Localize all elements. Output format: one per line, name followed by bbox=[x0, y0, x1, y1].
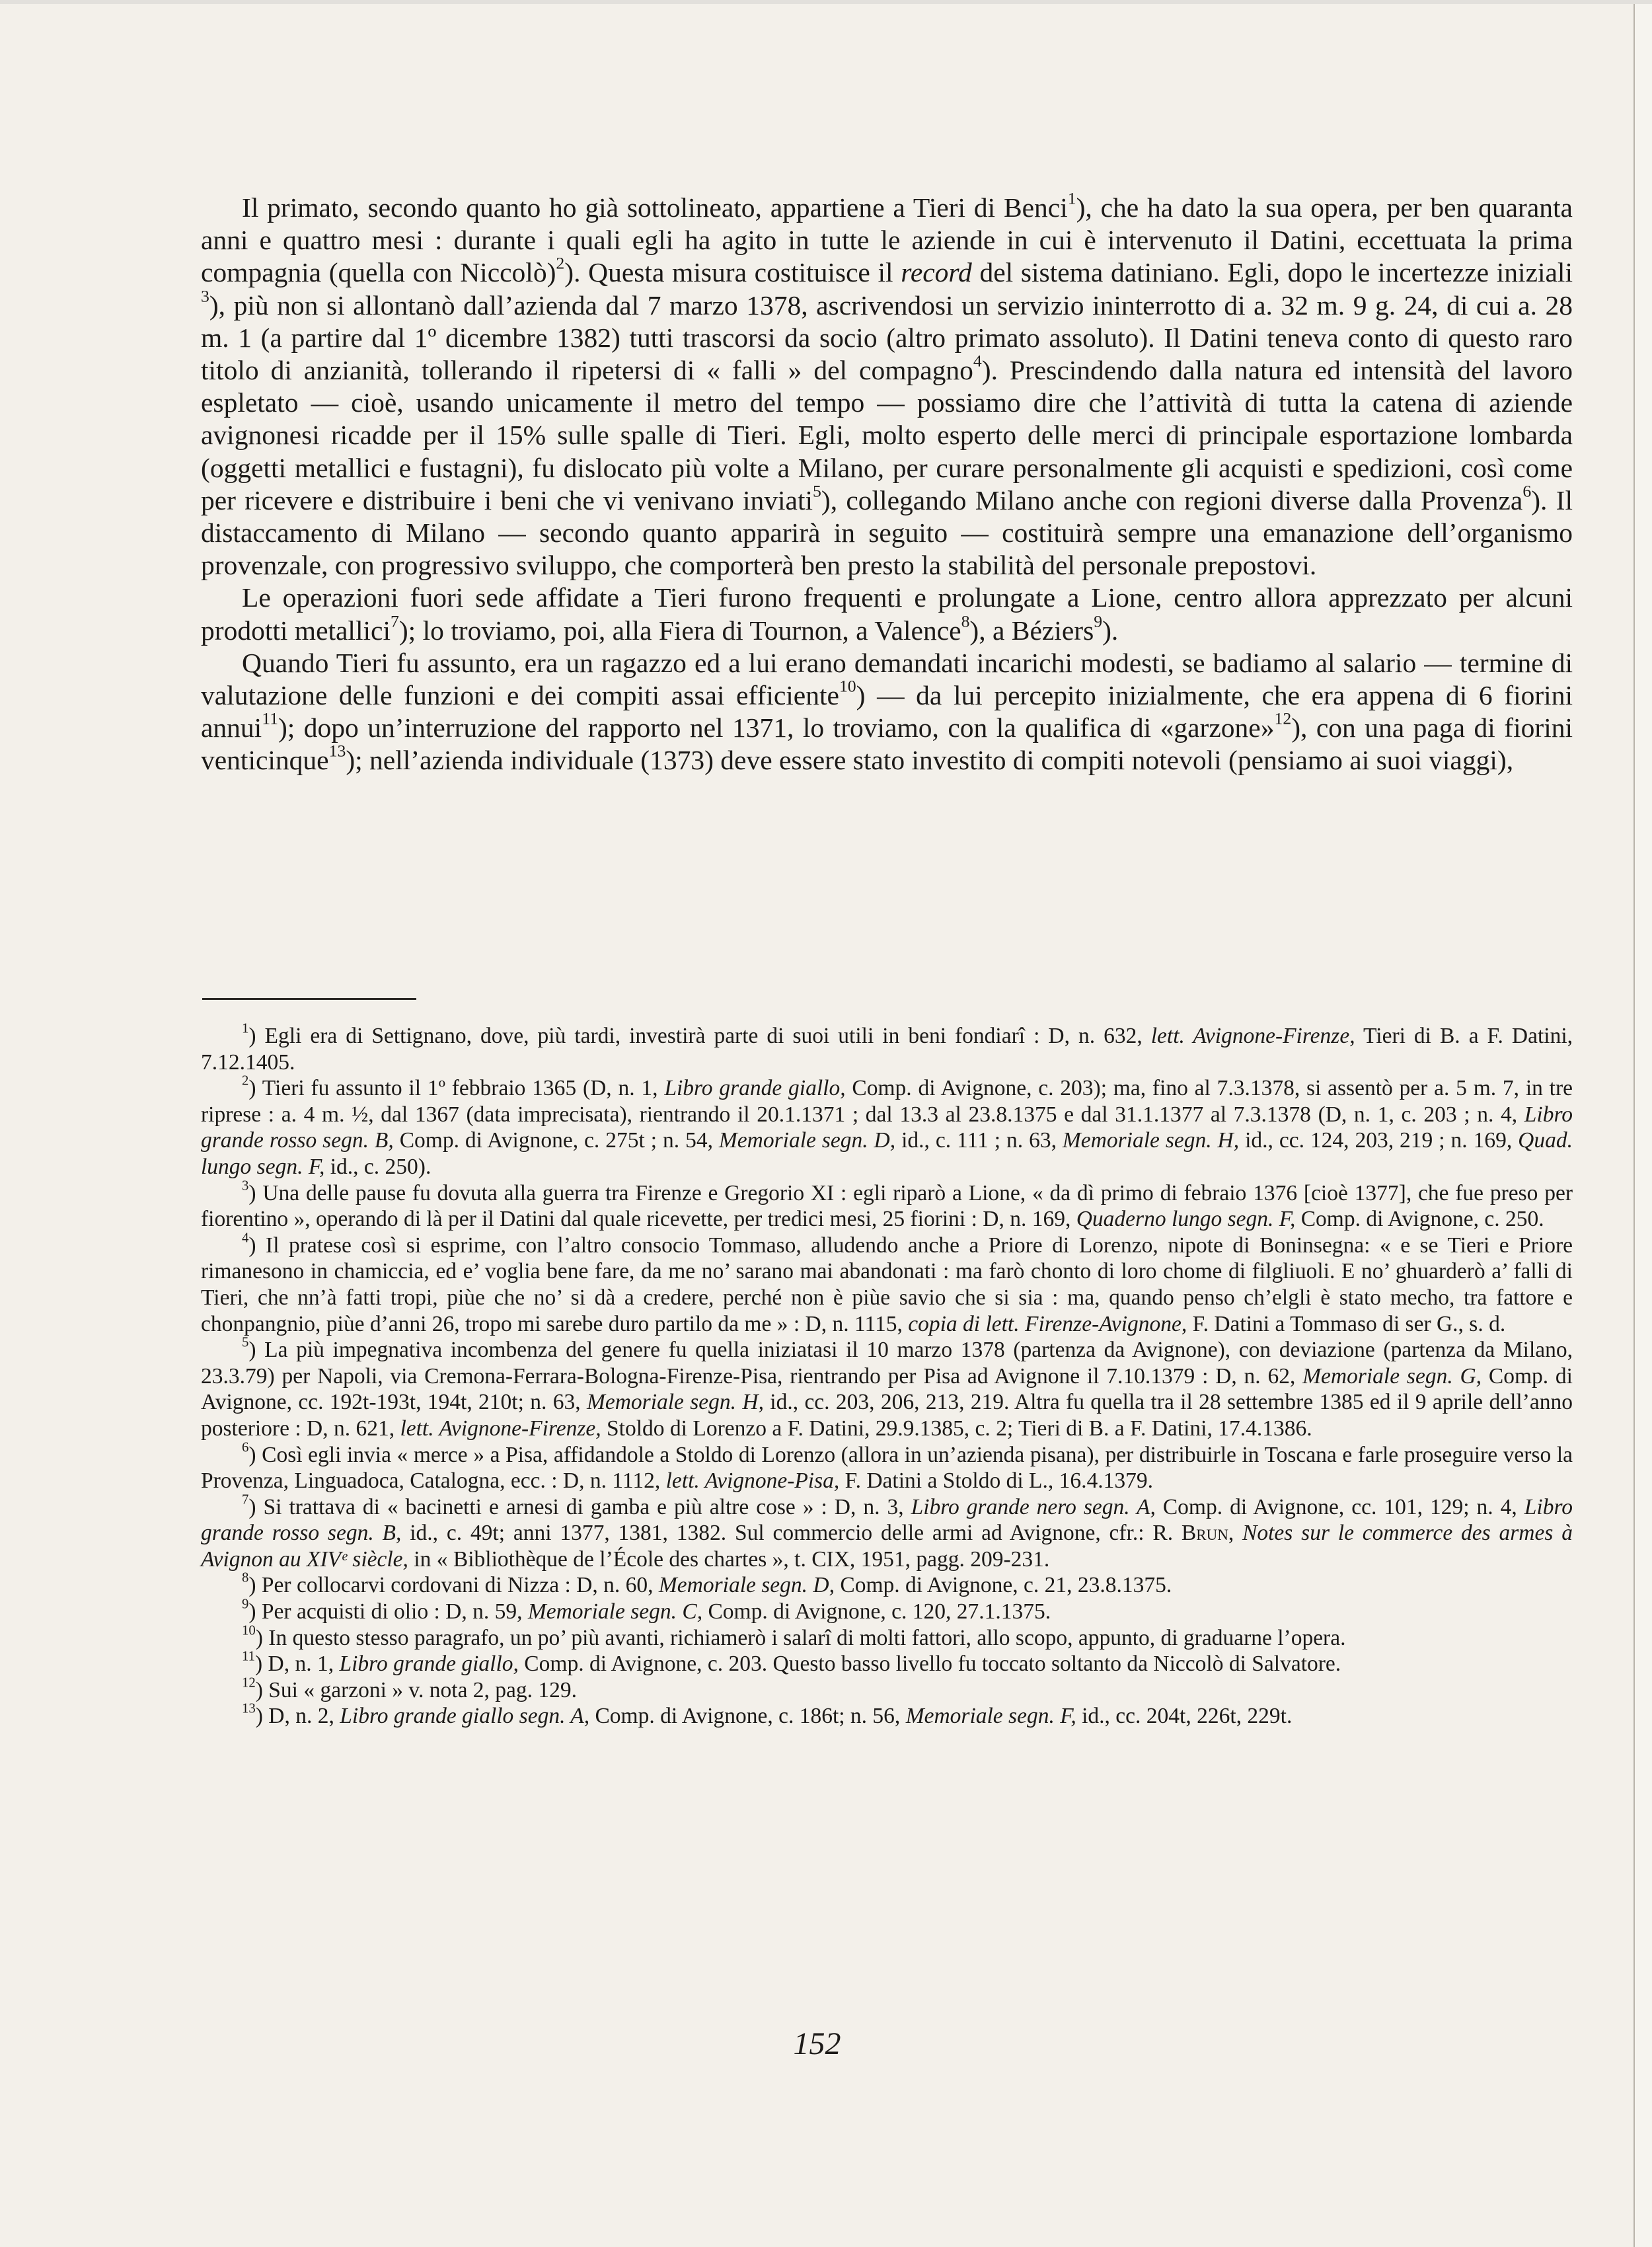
footnote-5: 5) La più impegnativa incombenza del gen… bbox=[201, 1337, 1573, 1441]
footnote-ref[interactable]: 2 bbox=[556, 254, 564, 273]
text-run: F. Datini a Tommaso di ser G., s. d. bbox=[1187, 1312, 1505, 1336]
text-run: Il primato, secondo quanto ho già sottol… bbox=[242, 192, 1068, 223]
footnote-6: 6) Così egli invia « merce » a Pisa, aff… bbox=[201, 1442, 1573, 1494]
footnotes: 1) Egli era di Settignano, dove, più tar… bbox=[201, 1018, 1573, 1730]
italic-citation: Memoriale segn. D, bbox=[719, 1128, 895, 1153]
footnote-3: 3) Una delle pause fu dovuta alla guerra… bbox=[201, 1180, 1573, 1233]
text-run: Comp. di Avignone, c. 21, 23.8.1375. bbox=[835, 1573, 1172, 1597]
footnote-ref[interactable]: 10 bbox=[839, 677, 856, 696]
paragraph-3: Quando Tieri fu assunto, era un ragazzo … bbox=[201, 647, 1573, 777]
italic-citation: Memoriale segn. D, bbox=[659, 1573, 835, 1597]
text-run: Comp. di Avignone, c. 275t ; n. 54, bbox=[394, 1128, 719, 1153]
footnote-number: 8 bbox=[242, 1570, 248, 1585]
text-run: ); lo troviamo, poi, alla Fiera di Tourn… bbox=[399, 615, 961, 646]
text-run: ) Per acquisti di olio : D, n. 59, bbox=[248, 1599, 527, 1624]
text-run: id., cc. 204t, 226t, 229t. bbox=[1076, 1704, 1293, 1728]
text-run: F. Datini a Stoldo di L., 16.4.1379. bbox=[839, 1468, 1153, 1493]
italic-citation: lett. Avignone-Firenze, bbox=[400, 1416, 601, 1441]
italic-citation: Libro grande giallo, bbox=[664, 1076, 845, 1100]
footnote-9: 9) Per acquisti di olio : D, n. 59, Memo… bbox=[201, 1599, 1573, 1625]
text-run: ), a Béziers bbox=[969, 615, 1094, 646]
footnote-ref[interactable]: 11 bbox=[262, 709, 278, 728]
footnote-13: 13) D, n. 2, Libro grande giallo segn. A… bbox=[201, 1703, 1573, 1730]
text-run: Comp. di Avignone, c. 120, 27.1.1375. bbox=[702, 1599, 1051, 1624]
italic-citation: Memoriale segn. F, bbox=[906, 1704, 1076, 1728]
italic-citation: Memoriale segn. H, bbox=[1063, 1128, 1239, 1153]
text-run: ) Per collocarvi cordovani di Nizza : D,… bbox=[248, 1573, 659, 1597]
text-run: ); dopo un’interruzione del rapporto nel… bbox=[278, 712, 1275, 743]
author-name: Brun bbox=[1182, 1521, 1228, 1545]
italic-citation: Libro grande giallo, bbox=[339, 1652, 518, 1676]
footnote-number: 13 bbox=[242, 1701, 256, 1716]
footnote-ref[interactable]: 7 bbox=[391, 611, 399, 630]
text-run: ) In questo stesso paragrafo, un po’ più… bbox=[256, 1626, 1346, 1650]
footnote-4: 4) Il pratese così si esprime, con l’alt… bbox=[201, 1233, 1573, 1337]
paragraph-1: Il primato, secondo quanto ho già sottol… bbox=[201, 192, 1573, 582]
footnote-number: 3 bbox=[242, 1178, 248, 1193]
footnote-ref[interactable]: 8 bbox=[961, 611, 970, 630]
italic-citation: lett. Avignone-Pisa, bbox=[666, 1468, 840, 1493]
text-run: ) Si trattava di « bacinetti e arnesi di… bbox=[248, 1495, 911, 1519]
italic-citation: Libro grande giallo segn. A, bbox=[340, 1704, 589, 1728]
text-run: ) Sui « garzoni » v. nota 2, pag. 129. bbox=[256, 1678, 577, 1702]
footnote-12: 12) Sui « garzoni » v. nota 2, pag. 129. bbox=[201, 1677, 1573, 1704]
page-number: 152 bbox=[0, 2026, 1634, 2062]
footnote-ref[interactable]: 1 bbox=[1068, 189, 1076, 208]
text-run: ) D, n. 2, bbox=[256, 1704, 340, 1728]
footnote-ref[interactable]: 13 bbox=[329, 742, 346, 761]
italic-citation: Quaderno lungo segn. F, bbox=[1076, 1207, 1296, 1231]
italic-citation: Memoriale segn. G, bbox=[1302, 1364, 1482, 1389]
text-run: in « Bibliothèque de l’École des chartes… bbox=[408, 1547, 1049, 1572]
text-run: Comp. di Avignone, c. 186t; n. 56, bbox=[589, 1704, 906, 1728]
italic-citation: copia di lett. Firenze-Avignone, bbox=[908, 1312, 1187, 1336]
footnote-number: 5 bbox=[242, 1335, 248, 1350]
italic-term: record bbox=[901, 257, 972, 287]
footnote-separator bbox=[202, 998, 416, 1000]
footnote-ref[interactable]: 9 bbox=[1094, 611, 1102, 630]
footnote-number: 10 bbox=[242, 1622, 256, 1638]
text-run: Comp. di Avignone, c. 250. bbox=[1295, 1207, 1544, 1231]
text-run: id., c. 111 ; n. 63, bbox=[895, 1128, 1063, 1153]
italic-citation: Memoriale segn. C, bbox=[528, 1599, 702, 1624]
footnote-number: 7 bbox=[242, 1492, 248, 1507]
paragraph-2: Le operazioni fuori sede affidate a Tier… bbox=[201, 582, 1573, 646]
back-sheet bbox=[1635, 4, 1652, 2247]
text-run: Comp. di Avignone, cc. 101, 129; n. 4, bbox=[1156, 1495, 1524, 1519]
footnote-ref[interactable]: 12 bbox=[1274, 709, 1291, 728]
text-run: ) D, n. 1, bbox=[255, 1652, 339, 1676]
footnote-1: 1) Egli era di Settignano, dove, più tar… bbox=[201, 1023, 1573, 1075]
footnote-ref[interactable]: 6 bbox=[1522, 482, 1531, 501]
text-run: Comp. di Avignone, c. 203. Questo basso … bbox=[519, 1652, 1341, 1676]
footnote-7: 7) Si trattava di « bacinetti e arnesi d… bbox=[201, 1494, 1573, 1573]
text-run: ). Questa misura costituisce il bbox=[564, 257, 901, 287]
text-run: ), collegando Milano anche con regioni d… bbox=[821, 485, 1522, 515]
text-run: Stoldo di Lorenzo a F. Datini, 29.9.1385… bbox=[601, 1416, 1312, 1441]
footnote-ref[interactable]: 3 bbox=[201, 286, 209, 305]
text-run: ) Egli era di Settignano, dove, più tard… bbox=[248, 1024, 1150, 1048]
footnote-number: 6 bbox=[242, 1439, 248, 1455]
footnote-number: 9 bbox=[242, 1597, 248, 1612]
footnote-number: 1 bbox=[242, 1020, 248, 1036]
text-run: ) Tieri fu assunto il 1º febbraio 1365 (… bbox=[248, 1076, 664, 1100]
text-run: id., c. 49t; anni 1377, 1381, 1382. Sul … bbox=[401, 1521, 1182, 1545]
italic-citation: Memoriale segn. H, bbox=[587, 1390, 764, 1414]
footnote-10: 10) In questo stesso paragrafo, un po’ p… bbox=[201, 1625, 1573, 1652]
text-run: ). bbox=[1102, 615, 1118, 646]
italic-citation: lett. Avignone-Firenze, bbox=[1151, 1024, 1355, 1048]
footnote-number: 11 bbox=[242, 1649, 255, 1664]
footnote-11: 11) D, n. 1, Libro grande giallo, Comp. … bbox=[201, 1651, 1573, 1677]
main-text: Il primato, secondo quanto ho già sottol… bbox=[201, 192, 1573, 777]
footnote-2: 2) Tieri fu assunto il 1º febbraio 1365 … bbox=[201, 1075, 1573, 1180]
text-run: id., cc. 124, 203, 219 ; n. 169, bbox=[1239, 1128, 1518, 1153]
text-run: , bbox=[1228, 1521, 1242, 1545]
footnote-number: 4 bbox=[242, 1230, 248, 1245]
footnote-ref[interactable]: 4 bbox=[973, 352, 982, 371]
footnote-number: 2 bbox=[242, 1073, 248, 1088]
footnote-ref[interactable]: 5 bbox=[813, 482, 821, 501]
footnote-8: 8) Per collocarvi cordovani di Nizza : D… bbox=[201, 1572, 1573, 1599]
italic-citation: Libro grande nero segn. A, bbox=[911, 1495, 1156, 1519]
text-run: ); nell’azienda individuale (1373) deve … bbox=[346, 745, 1513, 775]
text-run: id., c. 250). bbox=[324, 1155, 431, 1179]
footnote-number: 12 bbox=[242, 1675, 256, 1690]
text-run: del sistema datiniano. Egli, dopo le inc… bbox=[972, 257, 1573, 287]
